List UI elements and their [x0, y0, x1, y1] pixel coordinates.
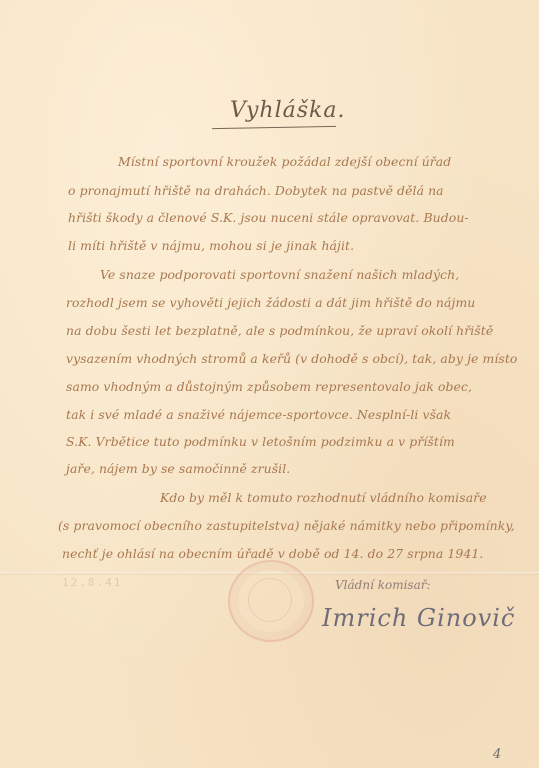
text-line-4: li míti hřiště v nájmu, mohou si je jina… [68, 238, 518, 253]
text-line-6: rozhodl jsem se vyhověti jejich žádosti … [66, 295, 516, 310]
page-number: 4 [493, 747, 501, 762]
official-seal [228, 560, 314, 642]
text-line-13: Kdo by měl k tomuto rozhodnutí vládního … [160, 490, 539, 505]
text-line-14: (s pravomocí obecního zastupitelstva) ně… [58, 518, 508, 533]
text-line-11: S.K. Vrbětice tuto podmínku v letošním p… [66, 434, 516, 449]
text-line-10: tak i své mladé a snaživé nájemce-sporto… [66, 407, 516, 422]
text-line-8: vysazením vhodných stromů a keřů (v doho… [66, 351, 516, 366]
text-line-2: o pronajmutí hřiště na drahách. Dobytek … [68, 183, 518, 198]
text-line-12: jaře, nájem by se samočinně zrušil. [66, 461, 516, 476]
text-line-3: hřišti škody a členové S.K. jsou nuceni … [68, 210, 518, 225]
text-line-1: Místní sportovní kroužek požádal zdejší … [118, 154, 539, 169]
document-title: Vyhláška. [230, 98, 345, 123]
signature: Imrich Ginovič [322, 604, 515, 632]
signer-title: Vládní komisař: [335, 578, 431, 592]
text-line-9: samo vhodným a důstojným způsobem repres… [66, 379, 516, 394]
official-seal-center [248, 578, 292, 622]
date-stamp: 12.8.41 [62, 576, 122, 589]
text-line-5: Ve snaze podporovati sportovní snažení n… [100, 267, 539, 282]
text-line-7: na dobu šesti let bezplatně, ale s podmí… [66, 323, 516, 338]
text-line-15: nechť je ohlásí na obecním úřadě v době … [62, 546, 512, 561]
